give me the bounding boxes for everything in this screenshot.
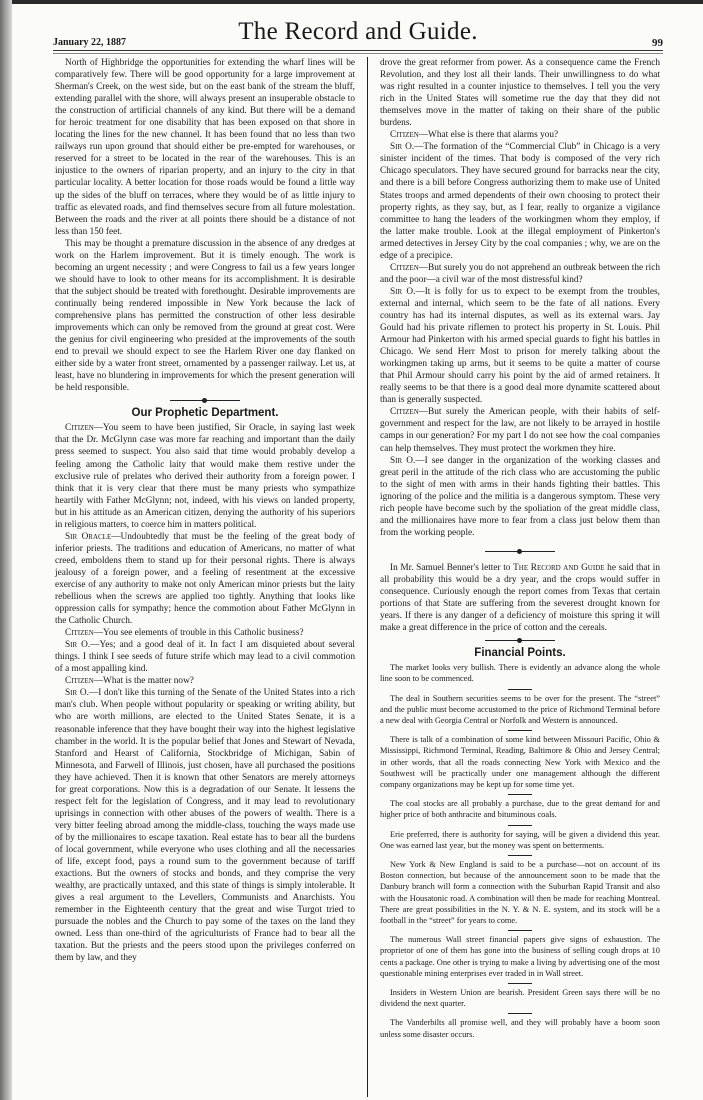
article-paragraph: North of Highbridge the opportunities fo… (55, 57, 355, 238)
financial-item: The coal stocks are all probably a purch… (380, 798, 660, 820)
item-separator (508, 1013, 532, 1014)
section-ornament (380, 636, 660, 645)
dialogue-line: Citizen—You see elements of trouble in t… (55, 627, 355, 639)
dialogue-text: Yes; and a good deal of it. In fact I am… (55, 640, 355, 674)
dialogue-line: Citizen—But surely you do not apprehend … (380, 262, 660, 286)
speaker: Citizen— (65, 423, 103, 433)
financial-item: The Vanderbilts all promise well, and th… (380, 1017, 660, 1039)
speaker: Sir O.— (390, 142, 423, 152)
item-separator (508, 855, 532, 856)
publication-title: The Record and Guide. (53, 18, 663, 46)
financial-item: New York & New England is said to be a p… (380, 859, 660, 926)
dialogue-line: Citizen—What else is there that alarms y… (380, 129, 660, 141)
dialogue-line: Sir O.—Yes; and a good deal of it. In fa… (55, 639, 355, 675)
financial-item: Insiders in Western Union are bearish. P… (380, 987, 660, 1009)
item-separator (508, 730, 532, 731)
item-separator (508, 983, 532, 984)
dialogue-line: Citizen—What is the matter now? (55, 675, 355, 687)
dialogue-text: The formation of the “Commercial Club” i… (380, 142, 660, 260)
speaker: Sir O.— (65, 688, 98, 698)
speaker: Citizen— (65, 628, 103, 638)
speaker: Sir O.— (390, 287, 425, 297)
financial-item: The deal in Southern securities seems to… (380, 693, 660, 727)
dialogue-text: I see danger in the organization of the … (380, 456, 660, 538)
publication-reference: The Record and Guide (513, 563, 604, 573)
section-title-financial: Financial Points. (380, 647, 660, 659)
speaker: Sir Oracle— (65, 532, 121, 542)
header-rule-secondary (53, 53, 663, 54)
dialogue-continuation: drove the great reformer from power. As … (380, 57, 660, 129)
speaker: Citizen— (65, 676, 103, 686)
dialogue-line: Sir O.—The formation of the “Commercial … (380, 141, 660, 261)
page-top-edge (0, 0, 703, 4)
dialogue-text: You see elements of trouble in this Cath… (103, 628, 303, 638)
dialogue-text: I don't like this turning of the Senate … (55, 688, 355, 963)
speaker: Citizen— (390, 407, 428, 417)
binding-spine-shadow (0, 0, 12, 1100)
page-header: January 22, 1887 The Record and Guide. 9… (53, 18, 663, 48)
speaker: Citizen— (390, 130, 428, 140)
item-separator (508, 930, 532, 931)
section-ornament (55, 396, 355, 405)
dialogue-line: Citizen—You seem to have been justified,… (55, 422, 355, 530)
item-separator (508, 794, 532, 795)
section-ornament (380, 547, 660, 556)
dialogue-text: What else is there that alarms you? (428, 130, 558, 140)
dialogue-text: What is the matter now? (103, 676, 194, 686)
page-number: 99 (652, 37, 663, 49)
financial-item: There is talk of a combination of some k… (380, 734, 660, 790)
dialogue-line: Sir O.—I see danger in the organization … (380, 455, 660, 539)
right-column: drove the great reformer from power. As … (380, 57, 660, 1044)
dialogue-text: drove the great reformer from power. As … (380, 58, 660, 128)
dialogue-text: You seem to have been justified, Sir Ora… (55, 423, 355, 529)
speaker: Citizen— (390, 263, 428, 273)
benner-paragraph: In Mr. Samuel Benner's letter to The Rec… (380, 562, 660, 634)
left-column: North of Highbridge the opportunities fo… (55, 57, 355, 964)
header-rule (53, 50, 663, 51)
financial-item: The numerous Wall street financial paper… (380, 934, 660, 979)
speaker: Sir O.— (390, 456, 425, 466)
article-paragraph: This may be thought a premature discussi… (55, 238, 355, 395)
financial-item: The market looks very bullish. There is … (380, 662, 660, 684)
column-divider (367, 57, 368, 1097)
section-title-prophetic: Our Prophetic Department. (55, 407, 355, 419)
dialogue-text: It is folly for us to expect to be exemp… (380, 287, 660, 405)
item-separator (508, 689, 532, 690)
dialogue-line: Sir Oracle—Undoubtedly that must be the … (55, 531, 355, 627)
dialogue-line: Citizen—But surely the American people, … (380, 406, 660, 454)
financial-points-list: The market looks very bullish. There is … (380, 662, 660, 1040)
dialogue-line: Sir O.—I don't like this turning of the … (55, 687, 355, 964)
financial-item: Erie preferred, there is authority for s… (380, 829, 660, 851)
dialogue-text: Undoubtedly that must be the feeling of … (55, 532, 355, 626)
speaker: Sir O.— (65, 640, 99, 650)
item-separator (508, 825, 532, 826)
dialogue-line: Sir O.—It is folly for us to expect to b… (380, 286, 660, 406)
